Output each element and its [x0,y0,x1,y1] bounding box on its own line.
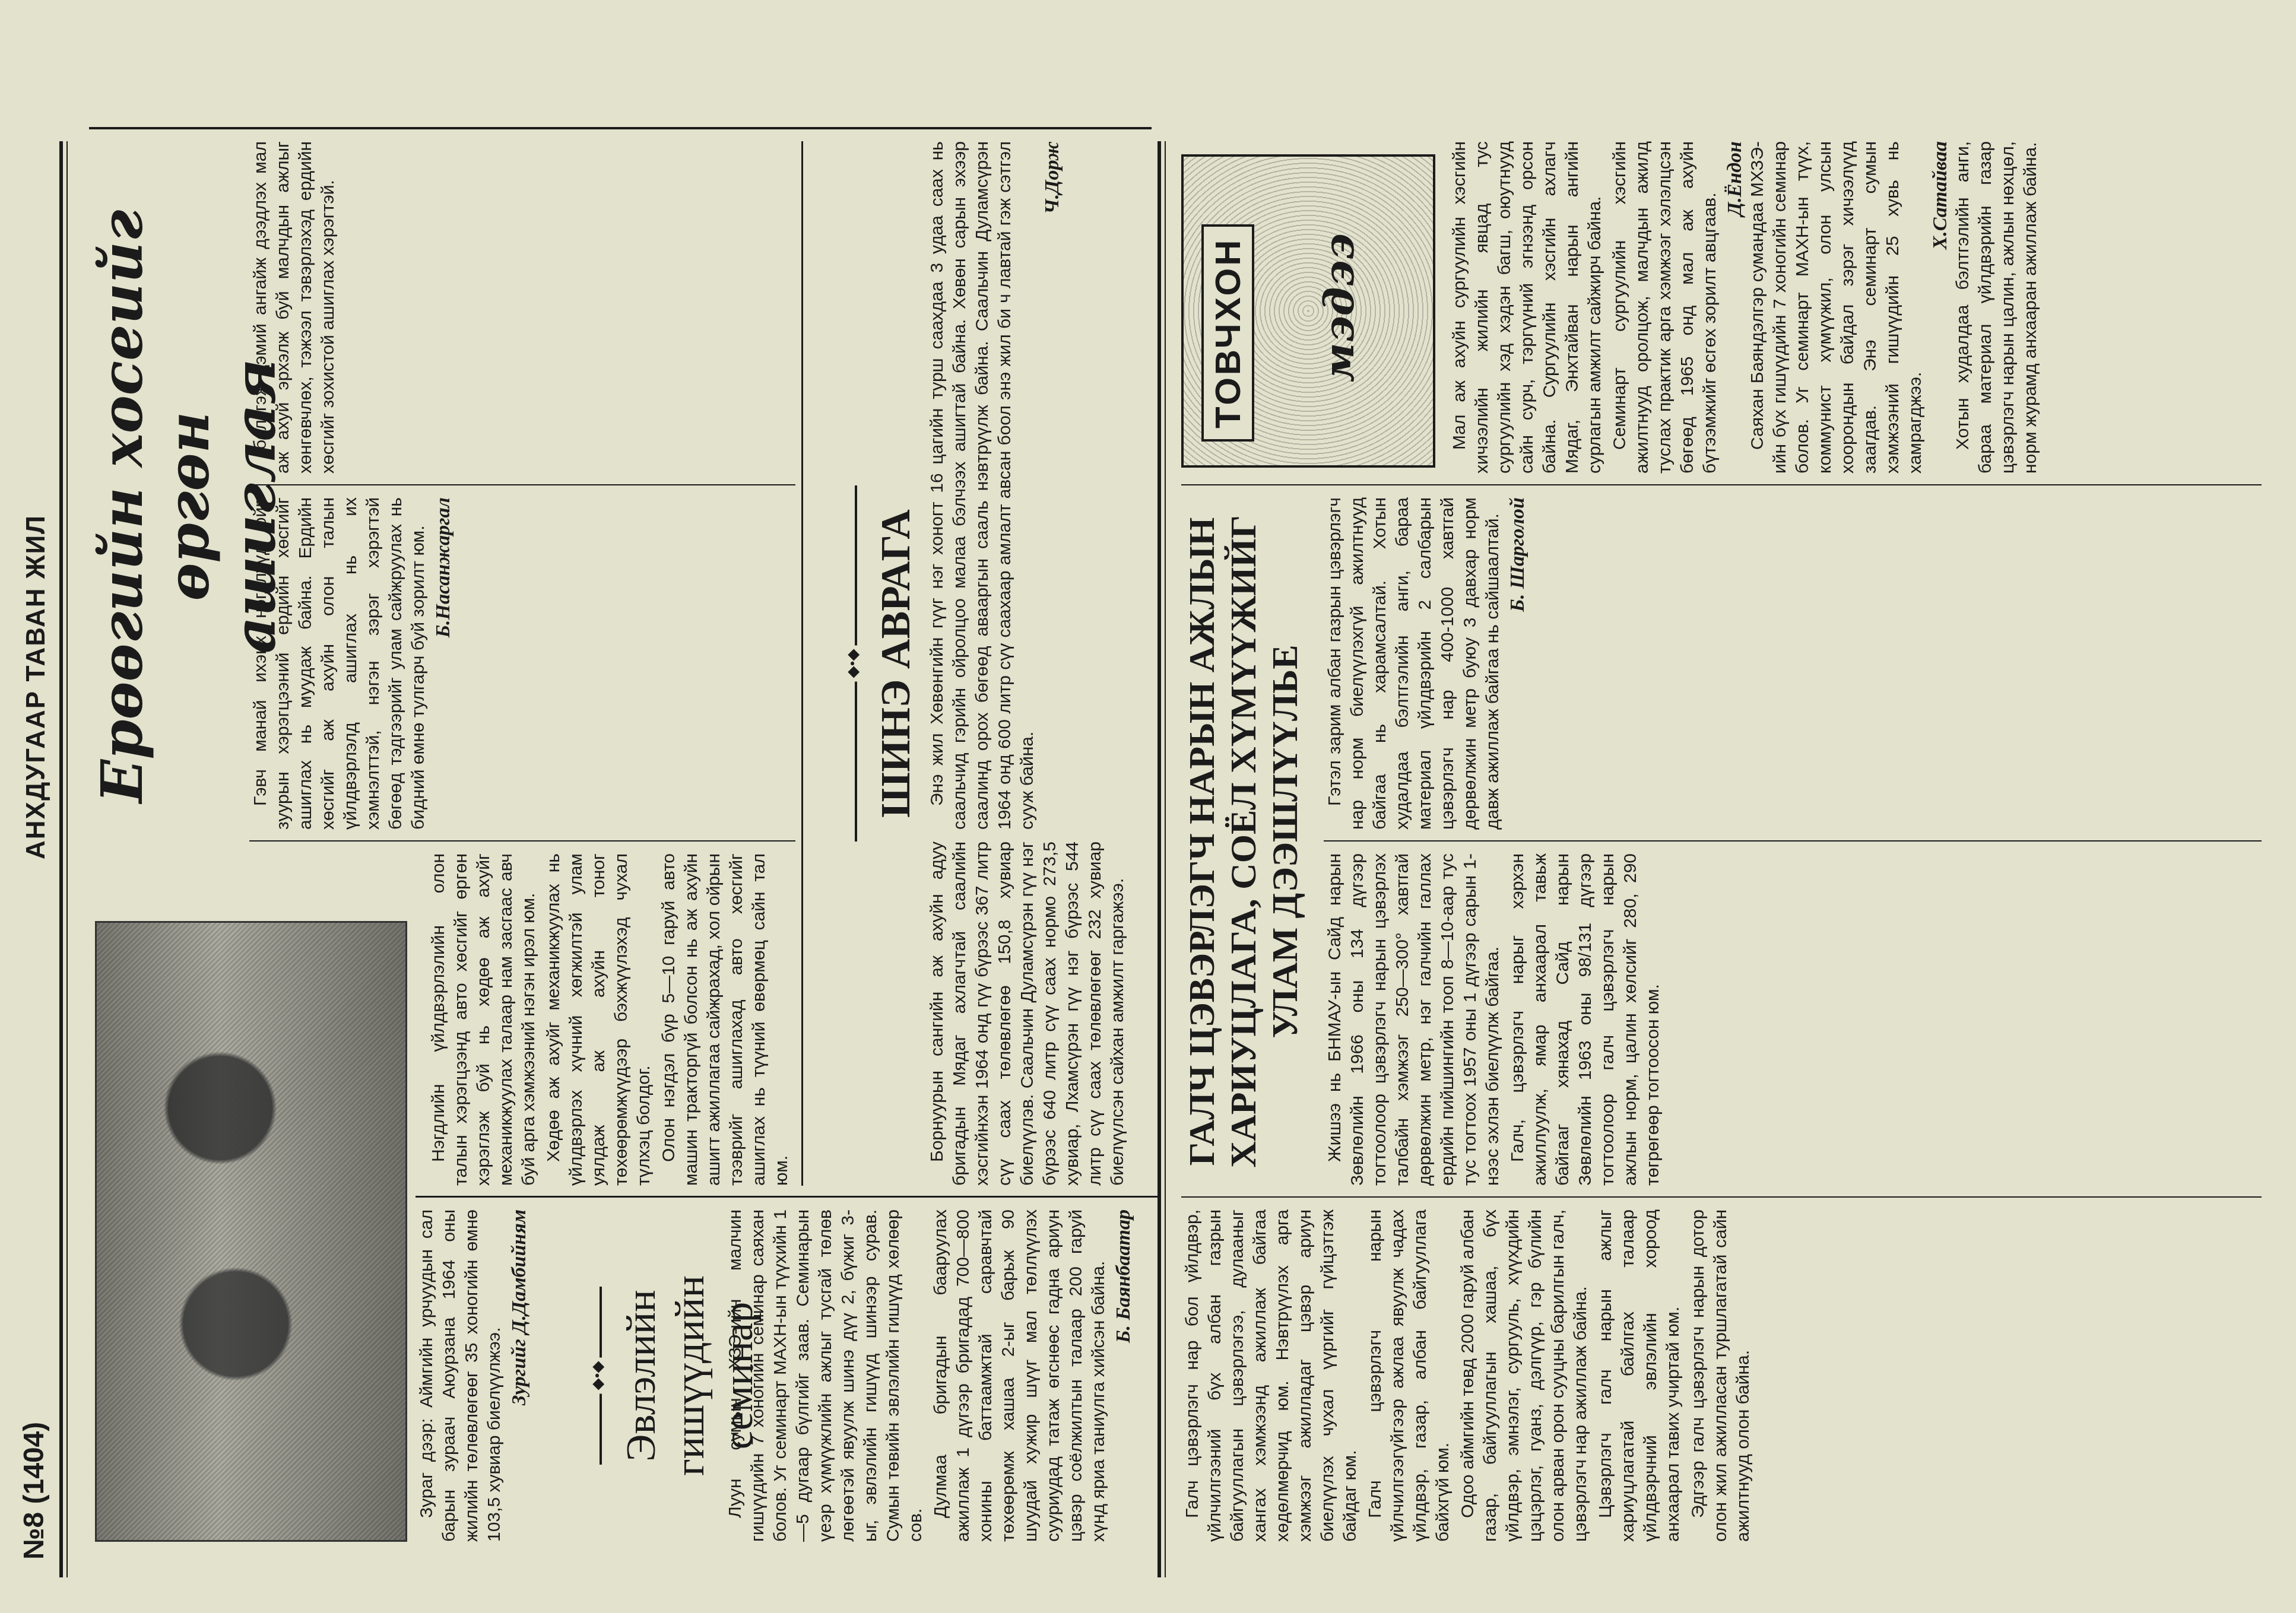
paragraph: Борнуурын сангийн аж ахуйн адуу бригадын… [926,842,1129,1186]
brief-item: Мал аж ахуйн сургуулийн хэсгийн хичээлий… [1448,141,1606,474]
ornament-divider [855,485,857,842]
erdene-col-2: Гэвч манай ихэнх нэгдлүүд ойр зуурын хэр… [249,497,795,830]
galch-col-2: Гэтэл зарим албан газрын цэвэрлэгч нар н… [1324,497,2262,830]
galch-left-col-1: Галч цэвэрлэгч нар бол үйлдвэр, үйлчилгэ… [1181,1209,2250,1542]
newspaper-page: №8 (1404) АНХДУГААР ТАВАН ЖИЛ Зураг дээр… [0,0,2296,1613]
galch-byline: Б. Шарголой [1507,497,1529,830]
paragraph: Хөдөө аж ахуйг механикжуулах нь үйлдвэрл… [543,853,655,1186]
column-rule [1181,484,2262,485]
paragraph: бол гэж дэмий ангайж дээдлэх мал аж ахуй… [249,141,340,474]
galch-headline: ГАЛЧ ЦЭВЭРЛЭГЧ НАРЫН АЖЛЫН ХАРИУЦЛАГА, С… [1181,497,1306,1186]
brief-item: Саяхан Баяндэлгэр сумандаа МХЗЭ-ийн бүх … [1746,141,1927,474]
galch-headline-line3: УЛАМ ДЭЭШЛҮҮЛЬЕ [1264,497,1306,1186]
column-rule [249,484,795,485]
photo-caption: Зураг дээр: Аймгийн урчуудын сал барын з… [416,1209,594,1542]
erdene-byline: Б.Насанжаргал [432,497,455,830]
avraga-col-1: Борнуурын сангийн аж ахуйн адуу бригадын… [926,842,1140,1186]
caption-byline: Зургийг Д.Дамбийням [508,1209,531,1542]
brief-item: Семинарт сургуулийн хэсгийн ажилтнууд ор… [1609,141,1721,474]
ornament-divider [600,1287,602,1465]
paragraph: Одоо аймгийн төвд 2000 гаруй албан газар… [1457,1209,1592,1542]
page-divider-thin [1165,141,1166,1577]
page-divider [1157,141,1161,1577]
column-rule [416,1196,1157,1198]
column-rule [1324,840,2262,842]
galch-headline-line2: ХАРИУЦЛАГА, СОЁЛ ХҮМҮҮЖИЙГ [1223,497,1264,1186]
briefs-label: ТОВЧХОН [1201,225,1254,442]
seminar-body: Луун сумын ХЗЭ-ийн малчин гишүүдийн 7 хо… [724,1209,1152,1542]
briefs-top-rule [89,127,1152,129]
shine-avraga-headline: ШИНЭ АВРАГА [873,450,920,877]
paragraph: Галч цэвэрлэгч нар бол үйлдвэр, үйлчилгэ… [1181,1209,1362,1542]
column-rule [249,840,795,842]
seminar-byline: Б. Баянбаатар [1112,1209,1135,1542]
avraga-byline: Ч.Дорж [1041,141,1064,830]
brief-byline: Х.Сатайваа [1929,141,1952,474]
briefs-script: мэдээ [1314,233,1363,382]
erdene-col-3: бол гэж дэмий ангайж дээдлэх мал аж ахуй… [249,141,546,474]
paragraph: Нэгдлийн үйлдвэрлэлийн олон талын хэрэгц… [427,853,540,1186]
galch-col-1: Жишээ нь БНМАУ-ын Сайд нарын Зөвлөлийн 1… [1324,853,2262,1186]
avraga-col-2: Энэ жил Хөвөнгийн гүүг нэг хоногт 16 цаг… [926,141,1140,830]
paragraph: Олон нэгдэл бүр 5—10 гаруй авто машин тр… [658,853,793,1186]
briefs-title-box: ТОВЧХОН мэдээ [1181,154,1435,468]
paragraph: Жишээ нь БНМАУ-ын Сайд нарын Зөвлөлийн 1… [1324,853,1504,1186]
paragraph: Гэвч манай ихэнх нэгдлүүд ойр зуурын хэр… [249,497,430,830]
photo-shading [97,923,405,1540]
paragraph: Луун сумын ХЗЭ-ийн малчин гишүүдийн 7 хо… [724,1209,927,1542]
paragraph: Эдгээр галч цэвэрлэгч нарын дотор олон ж… [1687,1209,1755,1542]
seminar-headline-line1: Эвлэлийн гишүүдийн [617,1209,715,1542]
erdene-headline-line1: Ерөөгийн хосеийг өргөн [89,135,222,877]
masthead-rule-thin [66,141,68,1577]
caption-text: Зураг дээр: Аймгийн урчуудын сал барын з… [416,1209,506,1542]
briefs-col: Мал аж ахуйн сургуулийн хэсгийн хичээлий… [1448,141,2268,474]
masthead-rule [59,141,63,1577]
brief-item: Хотын худалдаа бэлтгэлийн анги, бараа ма… [1952,141,2042,474]
paragraph: Галч, цэвэрлэгч нарыг хэрхэн ажиллуулж, … [1507,853,1664,1186]
section-rule [801,141,803,1186]
issue-number: №8 (1404) [18,1422,50,1560]
paragraph: Цэвэрлэгч галч нарын ажлыг хариуцлагатай… [1594,1209,1685,1542]
paragraph: Гэтэл зарим албан газрын цэвэрлэгч нар н… [1324,497,1504,830]
section-title: АНХДУГААР ТАВАН ЖИЛ [21,515,51,859]
galch-headline-line1: ГАЛЧ ЦЭВЭРЛЭГЧ НАРЫН АЖЛЫН [1181,497,1223,1186]
paragraph: Галч цэвэрлэгч нарын үйлчилгээгүйгээр аж… [1364,1209,1454,1542]
column-rule [1181,1196,2262,1198]
erdene-col-1: Нэгдлийн үйлдвэрлэлийн олон талын хэрэгц… [427,853,795,1186]
brief-byline: Д.Ёндон [1724,141,1746,474]
paragraph: Энэ жил Хөвөнгийн гүүг нэг хоногт 16 цаг… [926,141,1039,830]
paragraph: Дулмаа бригадын бааруулах ажиллаж 1 дүгэ… [930,1209,1110,1542]
photo [95,921,407,1542]
